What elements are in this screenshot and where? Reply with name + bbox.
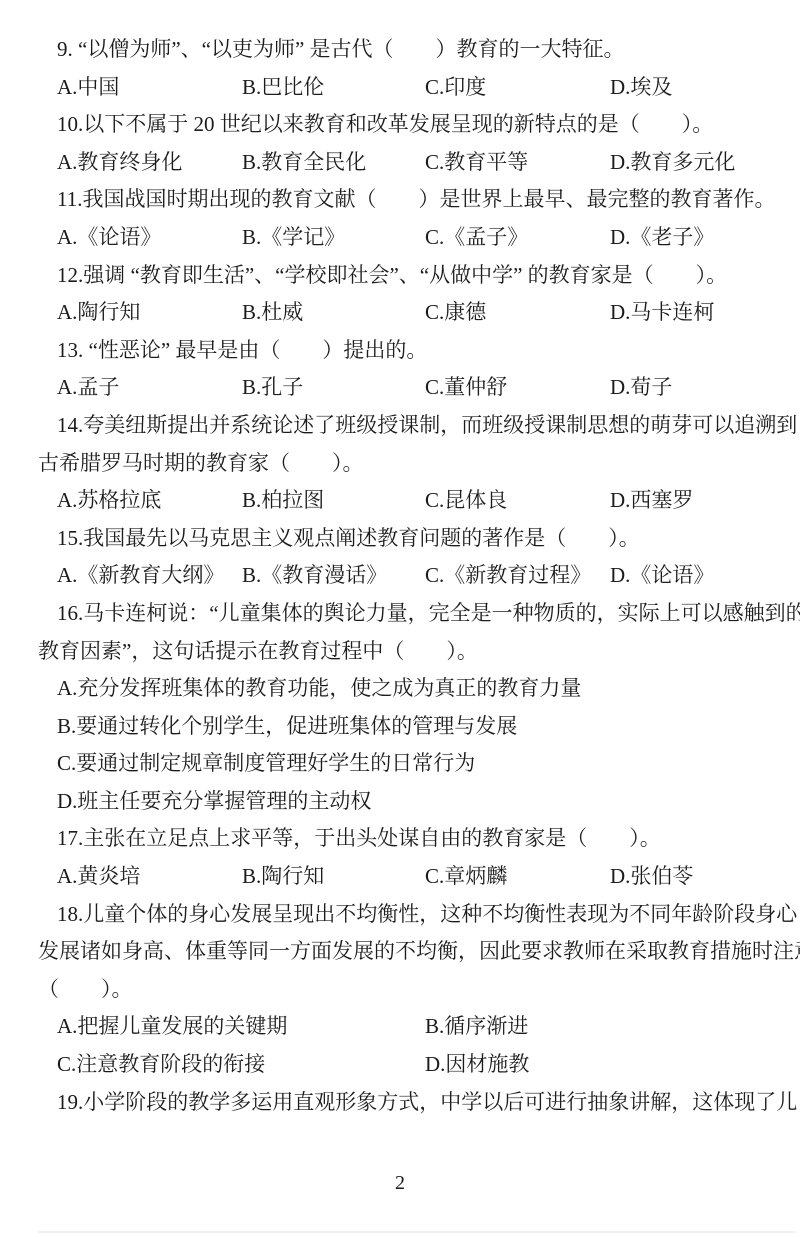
question-10-option-c: C.教育平等 xyxy=(425,144,610,182)
question-13-option-b: B.孔子 xyxy=(242,369,425,407)
question-14-option-a: A.苏格拉底 xyxy=(57,482,242,520)
question-16-option-a: A.充分发挥班集体的教育功能，使之成为真正的教育力量 xyxy=(38,670,792,708)
question-14-options: A.苏格拉底 B.柏拉图 C.昆体良 D.西塞罗 xyxy=(38,482,792,520)
question-16-text-line-2: 教育因素”，这句话提示在教育过程中（ ）。 xyxy=(38,633,792,671)
question-15-option-c: C.《新教育过程》 xyxy=(425,557,610,595)
question-18-option-b: B.循序渐进 xyxy=(425,1008,528,1046)
document-page: 9. “以僧为师”、“以吏为师” 是古代（ ）教育的一大特征。 A.中国 B.巴… xyxy=(0,0,800,1237)
question-18-option-d: D.因材施教 xyxy=(425,1046,529,1084)
question-18-option-a: A.把握儿童发展的关键期 xyxy=(57,1008,425,1046)
question-18-options-row-2: C.注意教育阶段的衔接 D.因材施教 xyxy=(38,1046,792,1084)
question-11-text: 11.我国战国时期出现的教育文献（ ）是世界上最早、最完整的教育著作。 xyxy=(38,181,792,219)
question-18-text-line-2: 发展诸如身高、体重等同一方面发展的不均衡，因此要求教师在采取教育措施时注意 xyxy=(38,933,792,971)
question-13-text: 13. “性恶论” 最早是由（ ）提出的。 xyxy=(38,332,792,370)
question-12-text: 12.强调 “教育即生活”、“学校即社会”、“从做中学” 的教育家是（ ）。 xyxy=(38,257,792,295)
question-12-option-c: C.康德 xyxy=(425,294,610,332)
question-19-text: 19.小学阶段的教学多运用直观形象方式，中学以后可进行抽象讲解，这体现了儿 xyxy=(38,1084,792,1122)
question-16-text-line-1: 16.马卡连柯说：“儿童集体的舆论力量，完全是一种物质的，实际上可以感触到的 xyxy=(38,595,792,633)
question-15-option-d: D.《论语》 xyxy=(610,557,714,595)
question-9-option-b: B.巴比伦 xyxy=(242,69,425,107)
question-14-option-d: D.西塞罗 xyxy=(610,482,693,520)
question-11-option-d: D.《老子》 xyxy=(610,219,714,257)
question-16-option-b: B.要通过转化个别学生，促进班集体的管理与发展 xyxy=(38,708,792,746)
question-12-option-a: A.陶行知 xyxy=(57,294,242,332)
question-15-option-a: A.《新教育大纲》 xyxy=(57,557,242,595)
question-17-option-c: C.章炳麟 xyxy=(425,858,610,896)
question-17-option-a: A.黄炎培 xyxy=(57,858,242,896)
question-13-option-a: A.孟子 xyxy=(57,369,242,407)
question-16-option-c: C.要通过制定规章制度管理好学生的日常行为 xyxy=(38,745,792,783)
question-14-option-c: C.昆体良 xyxy=(425,482,610,520)
question-10-option-a: A.教育终身化 xyxy=(57,144,242,182)
question-18-text-line-1: 18.儿童个体的身心发展呈现出不均衡性，这种不均衡性表现为不同年龄阶段身心 xyxy=(38,896,792,934)
question-17-text: 17.主张在立足点上求平等，于出头处谋自由的教育家是（ ）。 xyxy=(38,820,792,858)
question-10-text: 10.以下不属于 20 世纪以来教育和改革发展呈现的新特点的是（ ）。 xyxy=(38,106,792,144)
question-10-option-b: B.教育全民化 xyxy=(242,144,425,182)
question-12-option-b: B.杜威 xyxy=(242,294,425,332)
question-18-option-c: C.注意教育阶段的衔接 xyxy=(57,1046,425,1084)
exam-questions: 9. “以僧为师”、“以吏为师” 是古代（ ）教育的一大特征。 A.中国 B.巴… xyxy=(0,0,800,1121)
question-9-option-d: D.埃及 xyxy=(610,69,672,107)
question-13-options: A.孟子 B.孔子 C.董仲舒 D.荀子 xyxy=(38,369,792,407)
question-13-option-c: C.董仲舒 xyxy=(425,369,610,407)
question-12-options: A.陶行知 B.杜威 C.康德 D.马卡连柯 xyxy=(38,294,792,332)
question-9-options: A.中国 B.巴比伦 C.印度 D.埃及 xyxy=(38,69,792,107)
page-number: 2 xyxy=(0,1167,800,1199)
question-9-option-c: C.印度 xyxy=(425,69,610,107)
question-9-option-a: A.中国 xyxy=(57,69,242,107)
question-9-text: 9. “以僧为师”、“以吏为师” 是古代（ ）教育的一大特征。 xyxy=(38,31,792,69)
question-13-option-d: D.荀子 xyxy=(610,369,672,407)
question-15-text: 15.我国最先以马克思主义观点阐述教育问题的著作是（ ）。 xyxy=(38,520,792,558)
question-17-option-b: B.陶行知 xyxy=(242,858,425,896)
next-page-edge xyxy=(38,1231,796,1233)
question-14-text-line-1: 14.夸美纽斯提出并系统论述了班级授课制，而班级授课制思想的萌芽可以追溯到 xyxy=(38,407,792,445)
question-18-text-line-3: （ ）。 xyxy=(38,971,792,1009)
question-10-option-d: D.教育多元化 xyxy=(610,144,735,182)
question-11-option-b: B.《学记》 xyxy=(242,219,425,257)
question-11-options: A.《论语》 B.《学记》 C.《孟子》 D.《老子》 xyxy=(38,219,792,257)
question-17-options: A.黄炎培 B.陶行知 C.章炳麟 D.张伯苓 xyxy=(38,858,792,896)
question-16-option-d: D.班主任要充分掌握管理的主动权 xyxy=(38,783,792,821)
question-14-text-line-2: 古希腊罗马时期的教育家（ ）。 xyxy=(38,445,792,483)
question-11-option-c: C.《孟子》 xyxy=(425,219,610,257)
question-15-options: A.《新教育大纲》 B.《教育漫话》 C.《新教育过程》 D.《论语》 xyxy=(38,557,792,595)
question-12-option-d: D.马卡连柯 xyxy=(610,294,714,332)
question-18-options-row-1: A.把握儿童发展的关键期 B.循序渐进 xyxy=(38,1008,792,1046)
question-17-option-d: D.张伯苓 xyxy=(610,858,693,896)
question-11-option-a: A.《论语》 xyxy=(57,219,242,257)
question-14-option-b: B.柏拉图 xyxy=(242,482,425,520)
question-15-option-b: B.《教育漫话》 xyxy=(242,557,425,595)
question-10-options: A.教育终身化 B.教育全民化 C.教育平等 D.教育多元化 xyxy=(38,144,792,182)
